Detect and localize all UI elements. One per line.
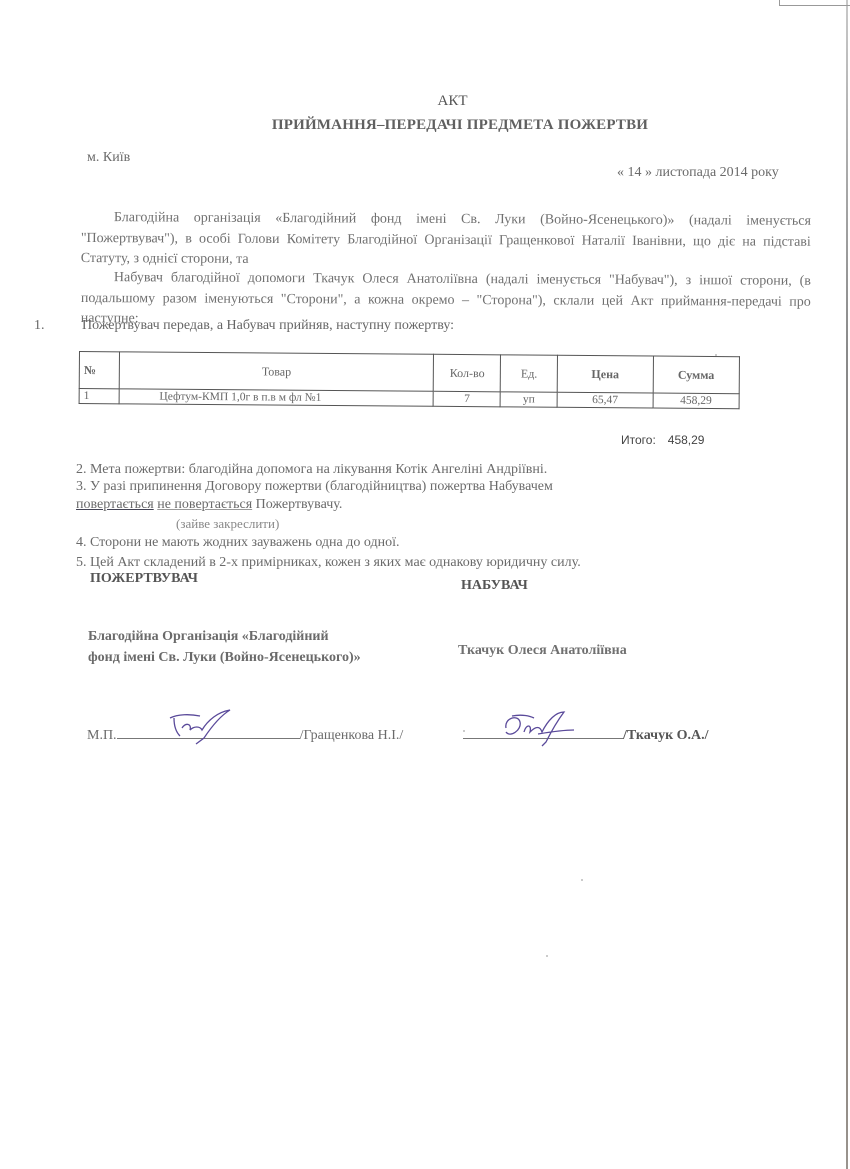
option-returned: повертається	[76, 497, 154, 512]
table-header-row: № Товар Кол-во Ед. Цена Сумма	[79, 352, 739, 394]
list-item-1: 1.Пожертвувач передав, а Набувач прийняв…	[34, 318, 454, 334]
list-item-2: 2. Мета пожертви: благодійна допомога на…	[76, 462, 547, 478]
donor-signatory: /Гращенкова Н.І./	[300, 728, 404, 743]
total-label: Итого:	[621, 433, 656, 447]
list-item-5: 5. Цей Акт складений в 2-х примірниках, …	[76, 555, 581, 571]
cell-number: 1	[79, 389, 119, 404]
col-header-price: Цена	[557, 355, 653, 393]
document-date: « 14 » листопада 2014 року	[617, 165, 779, 181]
document-subtitle: ПРИЙМАННЯ–ПЕРЕДАЧІ ПРЕДМЕТА ПОЖЕРТВИ	[0, 117, 850, 134]
cell-sum: 458,29	[653, 393, 740, 409]
list-item-3-tail: Пожертвувачу.	[256, 497, 343, 512]
col-header-number: №	[79, 352, 119, 389]
option-not-returned: не повертається	[157, 497, 252, 512]
goods-table: № Товар Кол-во Ед. Цена Сумма 1 Цефтум-К…	[79, 351, 740, 409]
scan-corner	[779, 0, 850, 6]
total: Итого:458,29	[621, 433, 704, 447]
list-item-4: 4. Сторони не мають жодних зауважень одн…	[76, 535, 399, 551]
recipient-signatory: /Ткачук О.А./	[623, 728, 709, 743]
donor-name-line1: Благодійна Організація «Благодійний	[88, 626, 361, 647]
total-value: 458,29	[668, 433, 705, 447]
recipient-title: НАБУВАЧ	[461, 578, 528, 594]
scan-speck	[546, 955, 548, 957]
scan-edge	[846, 0, 848, 1169]
city: м. Київ	[87, 150, 130, 166]
col-header-sum: Сумма	[653, 356, 740, 394]
scan-speck	[581, 879, 583, 881]
list-item-3: 3. У разі припинення Договору пожертви (…	[76, 479, 553, 495]
recipient-name: Ткачук Олеся Анатоліївна	[458, 643, 627, 659]
cell-product: Цефтум-КМП 1,0г в п.в м фл №1	[119, 389, 434, 406]
donor-title: ПОЖЕРТВУВАЧ	[90, 571, 198, 587]
stamp-label: М.П.	[87, 728, 117, 743]
col-header-unit: Ед.	[500, 355, 557, 392]
donor-name: Благодійна Організація «Благодійнийфонд …	[88, 626, 361, 668]
scan-speck	[715, 354, 717, 356]
recipient-signature-icon	[498, 708, 578, 748]
document-title: АКТ	[0, 93, 850, 110]
list-item-3-options: повертається не повертається Пожертвувач…	[76, 497, 342, 513]
donor-signature-line: М.П./Гращенкова Н.І./	[87, 724, 403, 744]
paragraph-donor-text: Благодійна організація «Благодійний фонд…	[81, 210, 811, 267]
cell-unit: уп	[500, 392, 557, 407]
paragraph-donor: Благодійна організація «Благодійний фонд…	[81, 208, 811, 273]
cell-quantity: 7	[434, 391, 501, 407]
donor-name-line2: фонд імені Св. Луки (Войно-Ясенецького)»	[88, 647, 361, 668]
scan-speck	[463, 730, 465, 732]
col-header-quantity: Кол-во	[434, 354, 501, 392]
list-item-3-note: (зайве закреслити)	[176, 516, 279, 532]
donor-signature-icon	[160, 706, 240, 746]
col-header-product: Товар	[119, 352, 434, 391]
list-item-1-number: 1.	[34, 318, 82, 334]
list-item-1-text: Пожертвувач передав, а Набувач прийняв, …	[82, 318, 454, 333]
cell-price: 65,47	[557, 392, 652, 408]
